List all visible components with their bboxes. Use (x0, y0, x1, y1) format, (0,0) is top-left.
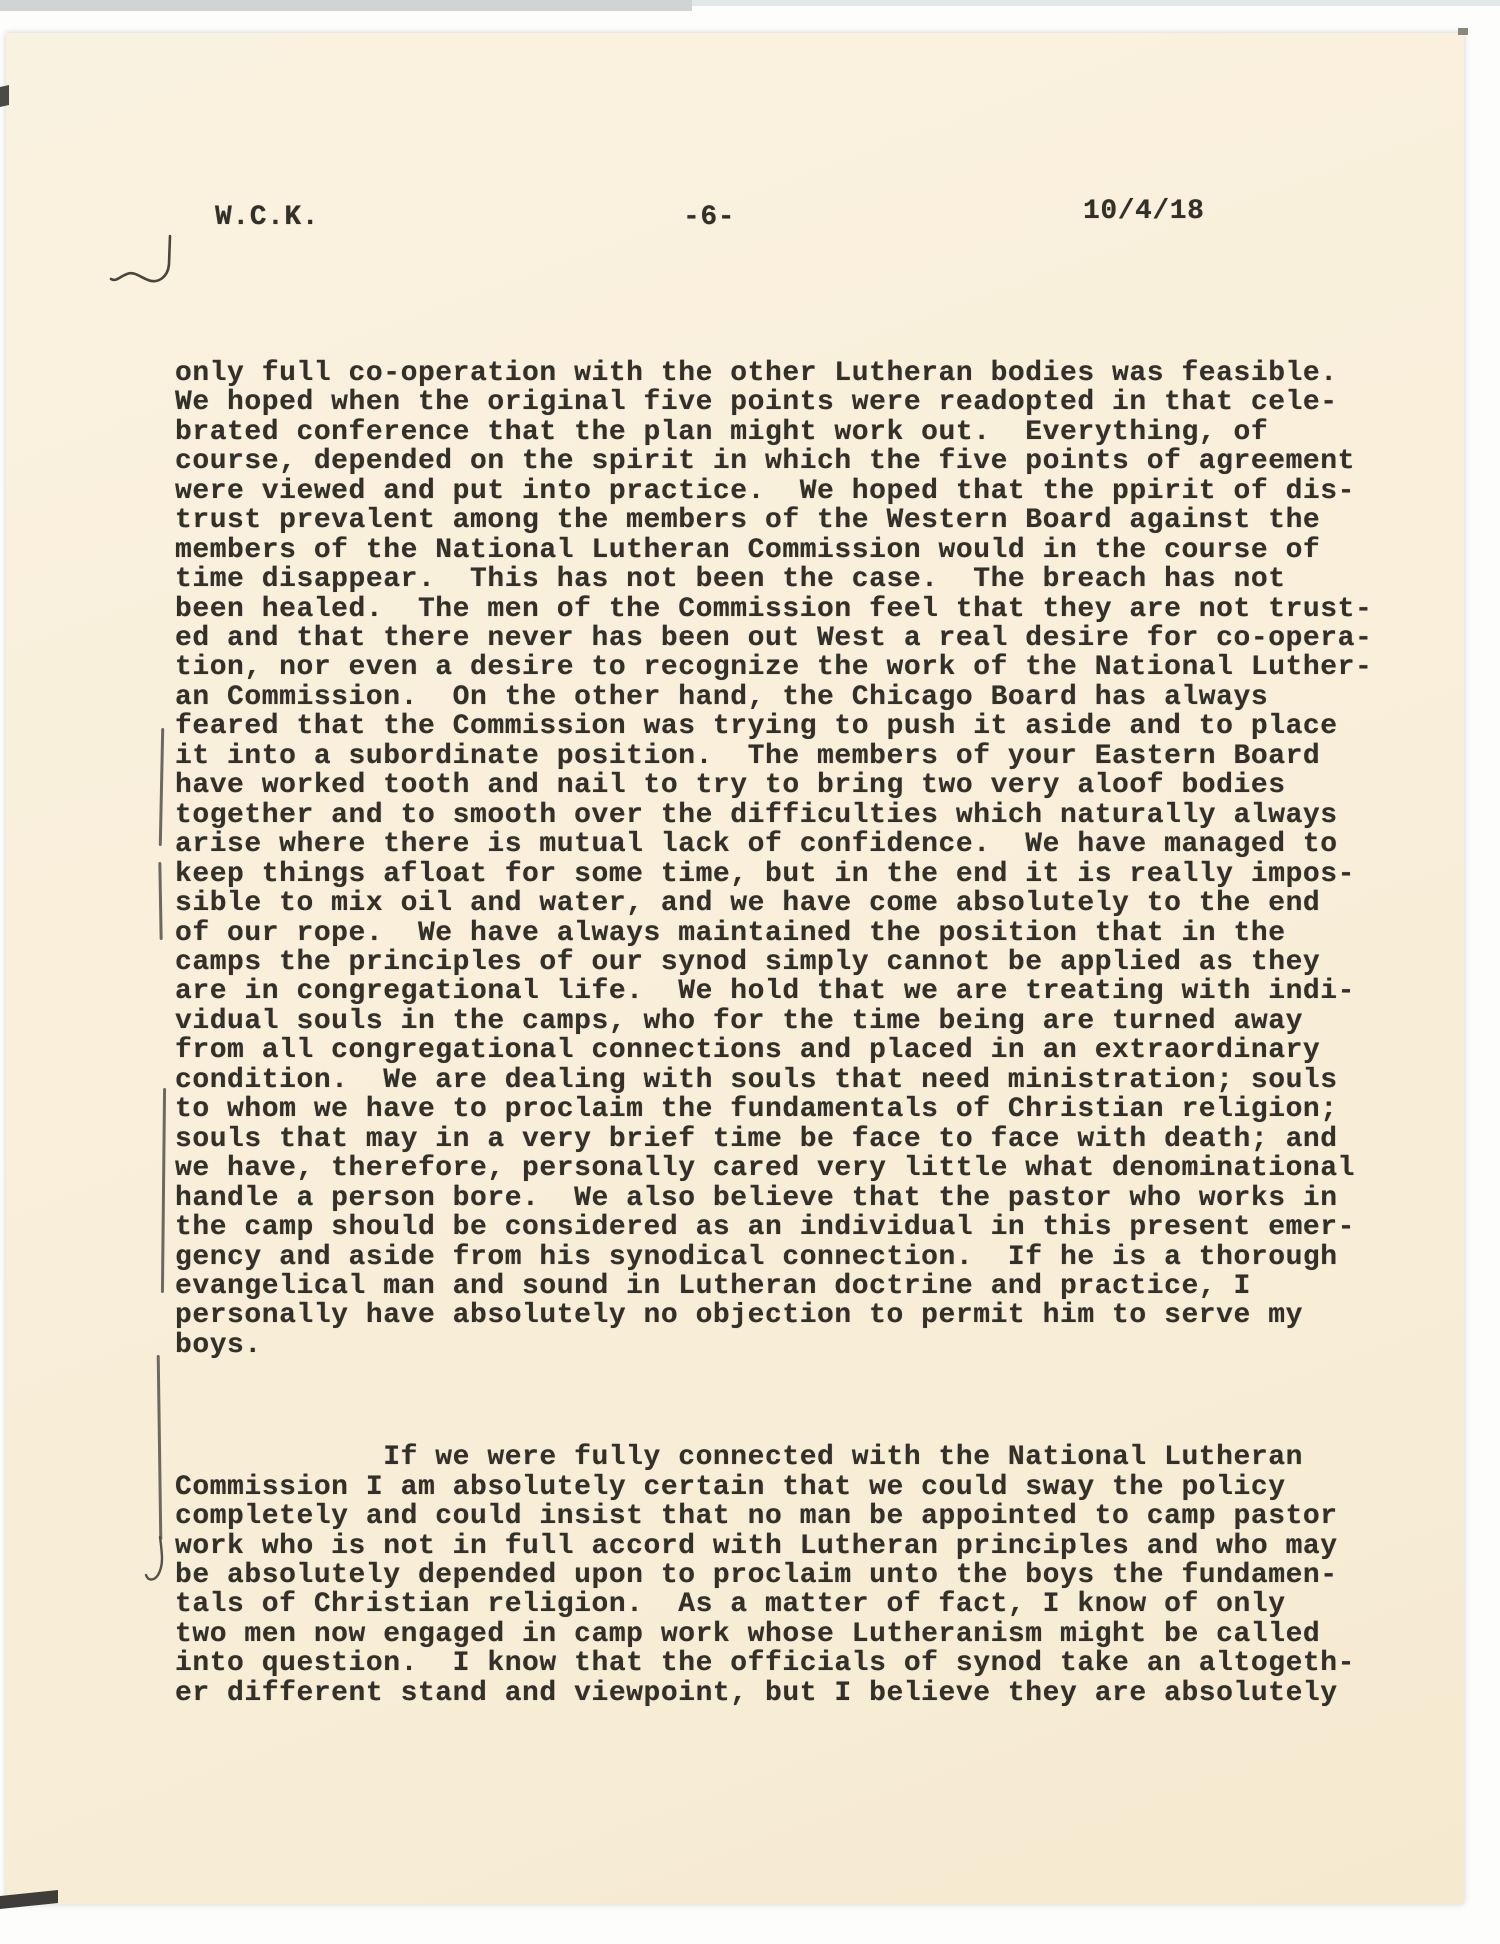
letter-paragraph-1: only full co-operation with the other Lu… (175, 359, 1440, 1360)
letter-body: only full co-operation with the other Lu… (175, 300, 1440, 1738)
scan-artifact-left-edge (0, 85, 9, 107)
scan-edge-strip-left (0, 0, 692, 11)
page-number: -6- (683, 202, 735, 233)
scan-artifact-top-right (1458, 28, 1468, 35)
scanned-letter-page: { "document": { "kind": "typewritten let… (0, 0, 1500, 1944)
author-initials: W.C.K. (215, 202, 319, 233)
letter-paragraph-2: If we were fully connected with the Nati… (175, 1443, 1440, 1708)
page-date: 10/4/18 (1083, 196, 1204, 227)
page-header: W.C.K. -6- 10/4/18 (0, 196, 1500, 236)
